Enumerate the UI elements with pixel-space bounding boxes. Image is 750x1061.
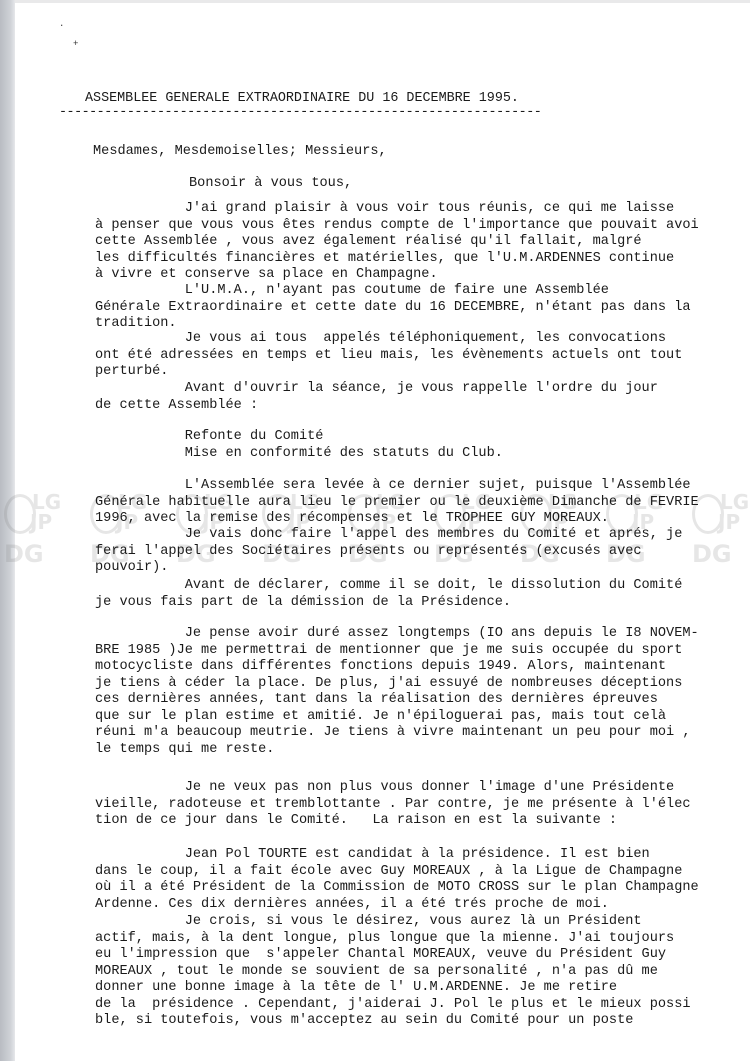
paragraph-line: où il a été Président de la Commission d… bbox=[95, 880, 699, 897]
paragraph-line: ferai l'appel des Sociétaires présents o… bbox=[95, 544, 682, 561]
paragraph-line: Refonte du Comité bbox=[95, 429, 503, 446]
paragraph-line: Générale Extraordinaire et cette date du… bbox=[95, 300, 691, 317]
paragraph: J'ai grand plaisir à vous voir tous réun… bbox=[95, 201, 699, 284]
paragraph-line: Avant de déclarer, comme il se doit, le … bbox=[95, 578, 682, 595]
scanner-border bbox=[0, 0, 15, 1061]
paragraph-line: perturbé. bbox=[95, 364, 682, 381]
paragraph-line: Mise en conformité des statuts du Club. bbox=[95, 446, 503, 463]
paragraph-line: MOREAUX , tout le monde se souvient de s… bbox=[95, 964, 691, 981]
paragraph-line: ble, si toutefois, vous m'acceptez au se… bbox=[95, 1013, 691, 1030]
paragraph-line: à vivre et conserve sa place en Champagn… bbox=[95, 267, 699, 284]
paragraph-line: vieille, radoteuse et tremblottante . Pa… bbox=[95, 797, 691, 814]
paragraph: Avant de déclarer, comme il se doit, le … bbox=[95, 578, 682, 611]
paragraph-line: de cette Assemblée : bbox=[95, 398, 658, 415]
paragraph-line: le temps qui me reste. bbox=[95, 742, 699, 759]
paragraph: Avant d'ouvrir la séance, je vous rappel… bbox=[95, 381, 658, 414]
paragraph: Je ne veux pas non plus vous donner l'im… bbox=[95, 780, 691, 830]
paragraph-line: les difficultés financières et matériell… bbox=[95, 251, 699, 268]
paragraph-line: dans le coup, il a fait école avec Guy M… bbox=[95, 864, 699, 881]
paragraph-line: je tiens à céder la place. De plus, j'ai… bbox=[95, 676, 699, 693]
paragraph-line: que sur le plan estime et amitié. Je n'é… bbox=[95, 709, 699, 726]
paragraph-line: Je vais donc faire l'appel des membres d… bbox=[95, 527, 682, 544]
paragraph-line: tion de ce jour dans le Comité. La raiso… bbox=[95, 813, 691, 830]
title-underline: ----------------------------------------… bbox=[59, 105, 541, 122]
paragraph-line: actif, mais, à la dent longue, plus long… bbox=[95, 931, 691, 948]
scan-speck: · bbox=[59, 22, 64, 31]
paragraph-line: L'U.M.A., n'ayant pas coutume de faire u… bbox=[95, 283, 691, 300]
paragraph-line: je vous fais part de la démission de la … bbox=[95, 595, 682, 612]
greeting: Bonsoir à vous tous, bbox=[189, 176, 352, 193]
salutation: Mesdames, Mesdemoiselles; Messieurs, bbox=[93, 144, 387, 161]
paragraph-line: Avant d'ouvrir la séance, je vous rappel… bbox=[95, 381, 658, 398]
paragraph-line: 1996, avec la remise des récompenses et … bbox=[95, 511, 699, 528]
paragraph-line: Jean Pol TOURTE est candidat à la présid… bbox=[95, 847, 699, 864]
paragraph-line: BRE 1985 )Je me permettrai de mentionner… bbox=[95, 643, 699, 660]
paragraph-line: de la présidence . Cependant, j'aiderai … bbox=[95, 997, 691, 1014]
paragraph: Je vais donc faire l'appel des membres d… bbox=[95, 527, 682, 577]
paragraph-line: Générale habituelle aura lieu le premier… bbox=[95, 495, 699, 512]
paragraph-line: Ardenne. Ces dix dernières années, il a … bbox=[95, 897, 699, 914]
paragraph-line: Je pense avoir duré assez longtemps (IO … bbox=[95, 626, 699, 643]
paragraph-line: Je vous ai tous appelés téléphoniquement… bbox=[95, 331, 682, 348]
paragraph-line: eu l'impression que s'appeler Chantal MO… bbox=[95, 947, 691, 964]
paragraph: Refonte du Comité Mise en conformité des… bbox=[95, 429, 503, 462]
paragraph-line: à penser que vous vous êtes rendus compt… bbox=[95, 218, 699, 235]
paragraph: Je pense avoir duré assez longtemps (IO … bbox=[95, 626, 699, 758]
paragraph-line: ont été adressées en temps et lieu mais,… bbox=[95, 348, 682, 365]
paragraph-line: donner une bonne image à la tête de l' U… bbox=[95, 980, 691, 997]
paragraph: Je crois, si vous le désirez, vous aurez… bbox=[95, 914, 691, 1030]
paragraph-line: Je ne veux pas non plus vous donner l'im… bbox=[95, 780, 691, 797]
paragraph: L'Assemblée sera levée à ce dernier suje… bbox=[95, 478, 699, 528]
paragraph-line: cette Assemblée , vous avez également ré… bbox=[95, 234, 699, 251]
document-page: · + ASSEMBLEE GENERALE EXTRAORDINAIRE DU… bbox=[15, 0, 750, 1061]
paragraph-line: réuni m'a beaucoup meutrie. Je tiens à v… bbox=[95, 725, 699, 742]
scan-speck: + bbox=[73, 40, 78, 49]
paragraph: L'U.M.A., n'ayant pas coutume de faire u… bbox=[95, 283, 691, 333]
paragraph-line: ces dernières années, tant dans la réali… bbox=[95, 692, 699, 709]
paragraph-line: motocycliste dans différentes fonctions … bbox=[95, 659, 699, 676]
paragraph: Je vous ai tous appelés téléphoniquement… bbox=[95, 331, 682, 381]
paragraph-line: Je crois, si vous le désirez, vous aurez… bbox=[95, 914, 691, 931]
paragraph: Jean Pol TOURTE est candidat à la présid… bbox=[95, 847, 699, 913]
paragraph-line: L'Assemblée sera levée à ce dernier suje… bbox=[95, 478, 699, 495]
paragraph-line: J'ai grand plaisir à vous voir tous réun… bbox=[95, 201, 699, 218]
paragraph-line: pouvoir). bbox=[95, 560, 682, 577]
